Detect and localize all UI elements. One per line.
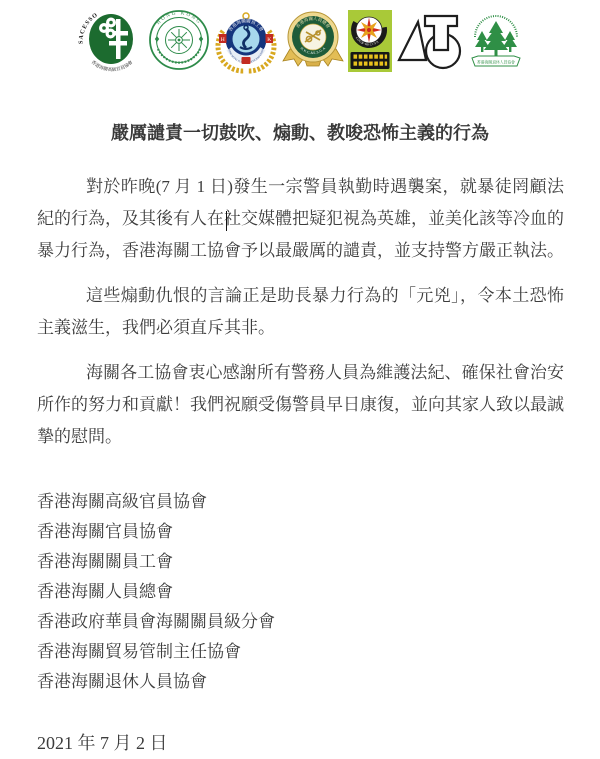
union-right-letter: K (267, 37, 271, 43)
signatory: 香港海關高級官員協會 (37, 487, 275, 517)
signatory: 香港海關退休人員協會 (37, 667, 275, 697)
signatory: 香港海關關員工會 (37, 547, 275, 577)
retired-banner-text: 香港海關退休人員協會 (477, 60, 515, 65)
pine-trees-icon: 香港海關退休人員協會 (470, 9, 522, 73)
signatory: 香港海關官員協會 (37, 517, 275, 547)
statement-title: 嚴厲譴責一切鼓吹、煽動、教唆恐怖主義的行為 (0, 119, 600, 145)
customs-officers-union-logo: 香港海關關員工會 HONG KONG CUSTOMS OFFICERS UNIO… (214, 9, 278, 75)
wreath-badge-icon: 香港海關關員工會 HONG KONG CUSTOMS OFFICERS UNIO… (214, 9, 278, 75)
customs-officers-grade-branch-logo: COOB-HKCCSA (348, 9, 392, 73)
document-date: 2021 年 7 月 2 日 (37, 729, 168, 755)
signatory: 香港海關貿易管制主任協會 (37, 637, 275, 667)
signatory-list: 香港海關高級官員協會 香港海關官員協會 香港海關關員工會 香港海關人員總會 香港… (37, 487, 275, 697)
green-seal-icon: HONG KONG (148, 9, 210, 71)
senior-officials-association-logo: SACESSO 香港海關高級官員協會 (78, 9, 144, 73)
signatory: 香港海關人員總會 (37, 577, 275, 607)
logo-row: SACESSO 香港海關高級官員協會 HONG KONG (0, 9, 600, 75)
gold-ribbon-badge-icon: 香港海關人員總會 H.K.C.&E.S.G.A (282, 9, 344, 73)
paragraph-1: 對於昨晚(7 月 1 日)發生一宗警員執勤時遇襲案，就暴徒罔顧法紀的行為，及其後… (37, 171, 564, 267)
document-canvas[interactable]: SACESSO 香港海關高級官員協會 HONG KONG (0, 0, 600, 759)
text-cursor (226, 211, 227, 231)
retired-members-association-logo: 香港海關退休人員協會 (470, 9, 522, 73)
signatory: 香港政府華員會海關關員級分會 (37, 607, 275, 637)
triangle-t-circle-icon (396, 9, 466, 73)
paragraph-3: 海關各工協會衷心感謝所有警務人員為維護法紀、確保社會治安所作的努力和貢獻！我們祝… (37, 357, 564, 453)
sacesso-badge-icon: SACESSO 香港海關高級官員協會 (78, 9, 144, 73)
customs-staff-general-association-logo: 香港海關人員總會 H.K.C.&E.S.G.A (282, 9, 344, 73)
civil-servants-association-logo: HONG KONG (148, 9, 210, 71)
union-left-letter: H (221, 37, 225, 43)
trade-controls-officers-association-logo (396, 9, 466, 73)
compass-star-icon: COOB-HKCCSA (348, 9, 392, 73)
paragraph-2: 這些煽動仇恨的言論正是助長暴力行為的「元兇」，令本土恐怖主義滋生，我們必須直斥其… (37, 280, 564, 344)
